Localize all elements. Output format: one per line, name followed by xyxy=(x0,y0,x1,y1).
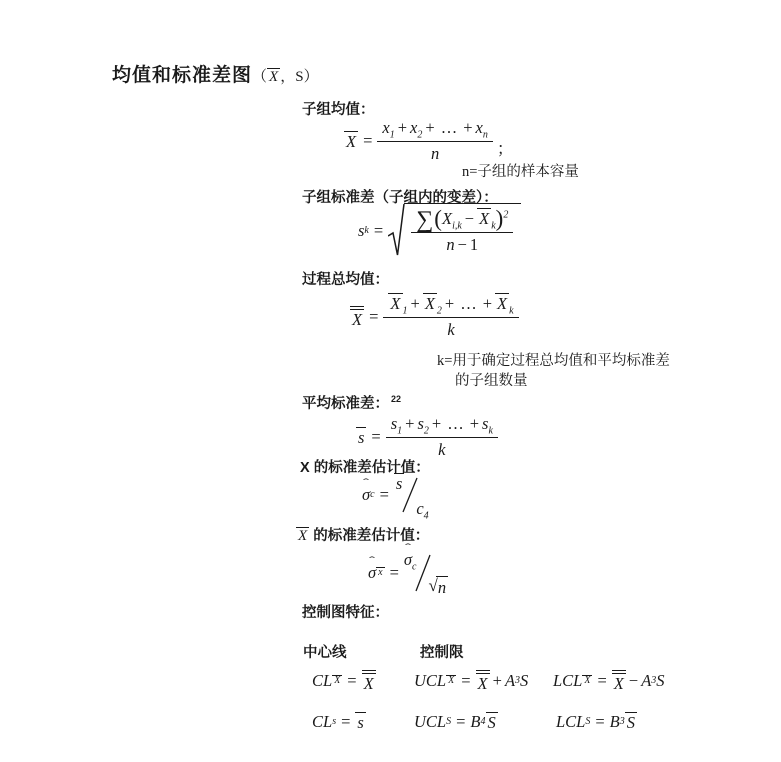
heading-subgroup-mean: 子组均值： xyxy=(302,98,375,119)
formula-avg-sd: s = s1+s2+…+sk k xyxy=(356,413,498,461)
formula-subgroup-mean: X = x1+x2+…+xn n ； xyxy=(344,117,513,165)
sub-ik: i,k xyxy=(452,220,462,231)
title-formula: （X，S） xyxy=(252,69,319,85)
formula-subgroup-sd: sk = ∑(Xi,k−Xk)2 n−1 xyxy=(358,203,521,259)
hat-icon: ˆ xyxy=(405,543,411,554)
page-title: 均值和标准差图（X，S） xyxy=(112,60,319,87)
var-n: n xyxy=(446,235,454,254)
equals-sign: = xyxy=(380,485,389,505)
sub-xbar: x xyxy=(376,567,384,579)
note-k-definition-line2: 的子组数量 xyxy=(455,369,528,390)
formula-lcl-s: LCLS = B3S xyxy=(556,712,637,732)
right-paren: ) xyxy=(496,206,504,231)
plus-sign: + xyxy=(425,118,434,137)
heading-sd-est-x: X 的标准差估计值： xyxy=(300,456,430,477)
diagonal-fraction: ˆσc √n xyxy=(404,554,448,592)
fraction: x1+x2+…+xn n xyxy=(377,117,492,165)
cl-label: CL xyxy=(312,671,332,691)
sub-1: 1 xyxy=(390,129,395,140)
minus-sign: − xyxy=(629,671,638,691)
hat-icon: ˆ xyxy=(369,556,375,567)
formula-lcl-xbar: LCLX = X − A3S xyxy=(553,670,665,692)
sbar-cap-symbol: S xyxy=(625,712,637,731)
var-S: S xyxy=(656,671,664,691)
sub-2: 2 xyxy=(437,305,442,316)
xbar-small: X xyxy=(446,675,456,687)
equals-sign: = xyxy=(595,712,604,732)
num-1: 1 xyxy=(470,235,478,254)
diagonal-fraction: s c4 xyxy=(394,477,429,513)
plus-sign: + xyxy=(470,414,479,433)
xbar-symbol: X xyxy=(423,293,437,312)
x-double-bar-symbol: X xyxy=(362,670,376,692)
xbar-symbol: X xyxy=(477,208,491,227)
semicolon: ； xyxy=(497,135,514,159)
document-page: 均值和标准差图（X，S） 子组均值： X = x1+x2+…+xn n ； n=… xyxy=(0,0,781,762)
title-comma: ， xyxy=(280,69,295,85)
title-s: S xyxy=(295,69,303,85)
sub-xbar: X xyxy=(446,675,456,687)
equals-sign: = xyxy=(363,131,372,151)
title-paren-close: ） xyxy=(304,69,319,85)
equals-sign: = xyxy=(597,671,606,691)
heading-process-mean: 过程总均值： xyxy=(302,268,389,289)
heading-text: 平均标准差： xyxy=(302,396,389,412)
ellipsis: … xyxy=(441,118,458,137)
fraction: ∑(Xi,k−Xk)2 n−1 xyxy=(411,208,513,256)
column-header-centerline: 中心线 xyxy=(303,641,347,662)
plus-sign: + xyxy=(405,414,414,433)
x-double-bar-symbol: X xyxy=(476,670,490,692)
x-double-bar-symbol: X xyxy=(612,670,626,692)
sub-1: 1 xyxy=(403,305,408,316)
sub-xbar: X xyxy=(582,675,592,687)
ucl-label: UCL xyxy=(414,671,446,691)
sbar-cap-symbol: S xyxy=(486,712,498,731)
var-c: c xyxy=(416,499,423,518)
formula-ucl-s: UCLS = B4S xyxy=(414,712,498,732)
note-k-definition-line1: k=用于确定过程总均值和平均标准差 xyxy=(437,349,670,370)
left-paren: ( xyxy=(434,206,442,231)
sub-k: k xyxy=(488,425,492,436)
ucl-label: UCL xyxy=(414,712,446,732)
heading-control-features: 控制图特征： xyxy=(302,601,389,622)
var-n: n xyxy=(436,576,448,598)
radical-icon xyxy=(388,203,405,259)
sub-n: n xyxy=(483,129,488,140)
lcl-label: LCL xyxy=(556,712,585,732)
sub-2: 2 xyxy=(417,129,422,140)
sigma-hat-symbol: ˆσ xyxy=(362,485,370,505)
formula-sd-est-xbar: ˆσx = ˆσc √n xyxy=(368,554,448,592)
plus-sign: + xyxy=(398,118,407,137)
title-paren-open: （ xyxy=(252,69,267,85)
sub-2: 2 xyxy=(424,425,429,436)
equals-sign: = xyxy=(461,671,470,691)
sigma-hat-symbol: ˆσ xyxy=(368,563,376,583)
heading-avg-sd: 平均标准差：22 xyxy=(302,392,401,413)
title-xbar: X xyxy=(267,68,280,86)
formula-cl-xbar: CLX = X xyxy=(312,670,376,692)
formula-sd-est-x: ˆσc = s c4 xyxy=(362,477,429,513)
lcl-label: LCL xyxy=(553,671,582,691)
ellipsis: … xyxy=(447,414,464,433)
square-root: ∑(Xi,k−Xk)2 n−1 xyxy=(388,203,521,259)
summation-icon: ∑ xyxy=(416,207,433,233)
var-S: S xyxy=(520,671,528,691)
equals-sign: = xyxy=(341,712,350,732)
sub-4: 4 xyxy=(424,510,429,521)
sbar-symbol: s xyxy=(355,712,365,731)
plus-sign: + xyxy=(445,294,454,313)
plus-sign: + xyxy=(432,414,441,433)
equals-sign: = xyxy=(371,427,380,447)
column-header-control-limits: 控制限 xyxy=(420,641,464,662)
equals-sign: = xyxy=(456,712,465,732)
sbar-symbol: s xyxy=(356,427,366,446)
sigma-hat-symbol: ˆσ xyxy=(404,550,412,570)
formula-ucl-xbar: UCLX = X + A3S xyxy=(414,670,528,692)
var-X: X xyxy=(442,209,452,228)
xbar-small: x xyxy=(376,567,384,579)
sqrt-n: √n xyxy=(429,576,449,598)
xbar-symbol: X xyxy=(296,527,309,545)
ellipsis: … xyxy=(460,294,477,313)
formula-process-mean: X = X1+X2+…+Xk k xyxy=(350,293,519,341)
plus-sign: + xyxy=(493,671,502,691)
x-double-bar-symbol: X xyxy=(350,306,364,328)
var-A: A xyxy=(505,671,515,691)
sub-k: k xyxy=(509,305,513,316)
plus-sign: + xyxy=(483,294,492,313)
xbar-small: X xyxy=(582,675,592,687)
minus-sign: − xyxy=(458,235,467,254)
var-B: B xyxy=(470,712,480,732)
xbar-symbol: X xyxy=(344,131,358,150)
xbar-symbol: X xyxy=(388,293,402,312)
fraction: s1+s2+…+sk k xyxy=(386,413,498,461)
denominator-k: k xyxy=(383,317,518,340)
sub-1: 1 xyxy=(397,425,402,436)
equals-sign: = xyxy=(374,221,383,241)
xbar-small: X xyxy=(332,675,342,687)
plus-sign: + xyxy=(463,118,472,137)
sub-k: k xyxy=(491,220,495,231)
hat-icon: ˆ xyxy=(363,478,369,489)
squared-exponent: 2 xyxy=(503,210,508,221)
minus-sign: − xyxy=(465,209,474,228)
sub-xbar: X xyxy=(332,675,342,687)
xbar-symbol: X xyxy=(495,293,509,312)
var-x1: x xyxy=(382,118,389,137)
plus-sign: + xyxy=(411,294,420,313)
formula-cl-s: CLs = s xyxy=(312,712,366,732)
var-A: A xyxy=(641,671,651,691)
footnote-ref-22: 22 xyxy=(391,394,401,404)
equals-sign: = xyxy=(390,563,399,583)
title-text: 均值和标准差图 xyxy=(112,65,252,86)
note-sample-size: n=子组的样本容量 xyxy=(462,160,579,181)
cl-label: CL xyxy=(312,712,332,732)
var-B: B xyxy=(610,712,620,732)
var-xn: x xyxy=(476,118,483,137)
equals-sign: = xyxy=(369,307,378,327)
fraction: X1+X2+…+Xk k xyxy=(383,293,518,341)
equals-sign: = xyxy=(347,671,356,691)
